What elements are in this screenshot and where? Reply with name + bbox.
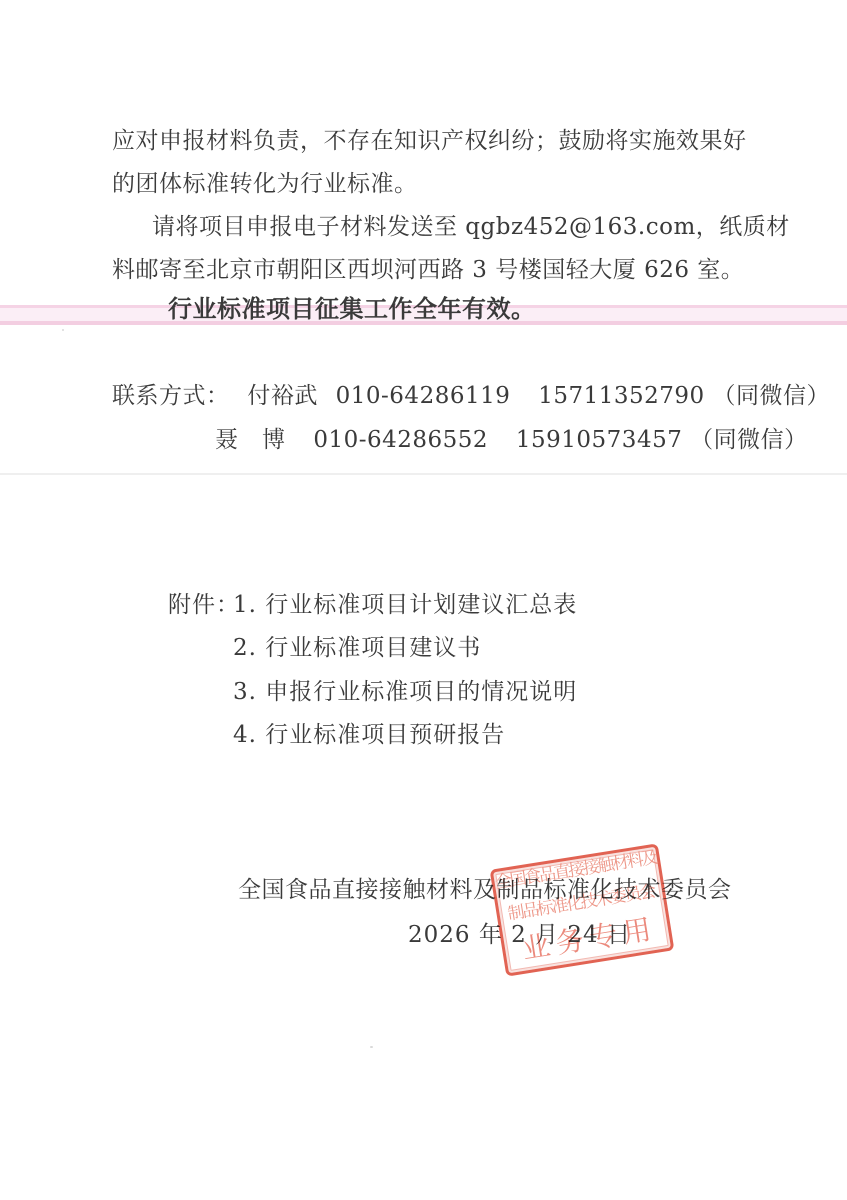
contact-label: 联系方式： (112, 377, 230, 410)
attachment-item-4: 4. 行业标准项目预研报告 (233, 716, 505, 749)
emphasis-line: 行业标准项目征集工作全年有效。 (168, 294, 536, 324)
attachment-item-1: 1. 行业标准项目计划建议汇总表 (233, 586, 577, 619)
contact-phone: 010-64286552 (313, 427, 488, 453)
scanned-document-page: 应对申报材料负责，不存在知识产权纠纷；鼓励将实施效果好 的团体标准转化为行业标准… (0, 0, 847, 1200)
body-line-3-email: 请将项目申报电子材料发送至 qgbz452@163.com，纸质材 (152, 212, 790, 242)
signature-organization: 全国食品直接接触材料及制品标准化技术委员会 (238, 871, 732, 904)
contact-line-1: 联系方式： 付裕武 010-64286119 15711352790 （同微信） (112, 377, 830, 410)
contact-mobile: 15711352790 (538, 383, 704, 409)
body-line-2: 的团体标准转化为行业标准。 (112, 169, 418, 199)
scan-artifact-divider-line (0, 473, 847, 475)
contact-phone: 010-64286119 (336, 383, 511, 409)
scan-speckle (370, 1046, 373, 1048)
body-line-1: 应对申报材料负责，不存在知识产权纠纷；鼓励将实施效果好 (112, 126, 747, 156)
body-line-4-address: 料邮寄至北京市朝阳区西坝河西路 3 号楼国轻大厦 626 室。 (112, 255, 744, 285)
attachment-item-2: 2. 行业标准项目建议书 (233, 629, 481, 662)
attachment-item-3: 3. 申报行业标准项目的情况说明 (233, 673, 577, 706)
attachments-label: 附件： (168, 586, 240, 619)
official-stamp: 全国食品直接接触材料及 制品标准化技术委员会 业务专用 (490, 843, 675, 976)
contact-name: 付裕武 (247, 377, 318, 410)
contact-wechat-note: （同微信） (712, 377, 830, 410)
contact-wechat-note: （同微信） (690, 421, 808, 454)
signature-date: 2026 年 2 月 24 日 (408, 916, 631, 949)
contact-mobile: 15910573457 (516, 427, 682, 453)
scan-speckle (62, 329, 64, 331)
contact-line-2: 聂 博 010-64286552 15910573457 （同微信） (215, 421, 808, 454)
contact-name: 聂 博 (215, 421, 286, 454)
